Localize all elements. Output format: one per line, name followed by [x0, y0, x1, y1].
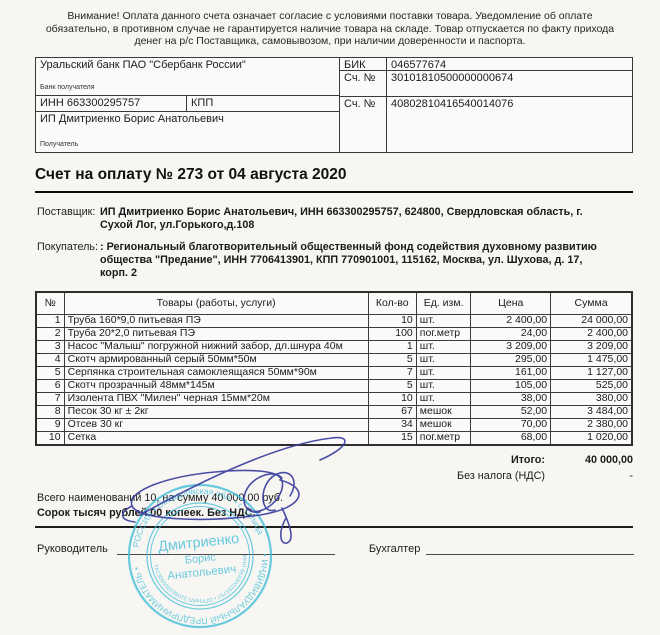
accountant-signature-line [426, 544, 634, 555]
header-price: Цена [471, 292, 551, 315]
tax-label: Без налога (НДС) [457, 470, 545, 482]
payee-caption: Получатель [40, 139, 78, 151]
signature-loop [263, 473, 294, 511]
cell-sum: 1 020,00 [551, 431, 632, 445]
bank-name: Уральский банк ПАО "Сбербанк России" [40, 59, 246, 71]
cell-unit: шт. [416, 353, 471, 366]
cell-unit: шт. [416, 340, 471, 353]
buyer-label: Покупатель: [37, 241, 100, 280]
payee-name: ИП Дмитриенко Борис Анатольевич [40, 113, 224, 125]
cell-qty: 7 [368, 366, 416, 379]
cell-sum: 2 380,00 [551, 418, 632, 431]
cell-price: 105,00 [471, 379, 551, 392]
table-row: 5 Серпянка строительная самоклеящаяся 50… [36, 366, 632, 379]
cell-unit: шт. [416, 314, 471, 327]
bank-requisites-table: Уральский банк ПАО "Сбербанк России" Бан… [35, 57, 633, 153]
tax-value: - [545, 470, 633, 482]
cell-sum: 2 400,00 [551, 327, 632, 340]
table-row: 2 Труба 20*2,0 питьевая ПЭ 100 пог.метр … [36, 327, 632, 340]
title-divider [35, 191, 633, 193]
cell-unit: пог.метр [416, 431, 471, 445]
cell-price: 52,00 [471, 405, 551, 418]
cell-qty: 5 [368, 353, 416, 366]
director-label: Руководитель [37, 543, 108, 555]
supplier-details: ИП Дмитриенко Борис Анатольевич, ИНН 663… [100, 206, 600, 232]
cell-num: 4 [36, 353, 64, 366]
cell-num: 7 [36, 392, 64, 405]
cell-num: 5 [36, 366, 64, 379]
cell-qty: 10 [368, 314, 416, 327]
header-sum: Сумма [551, 292, 632, 315]
cell-num: 9 [36, 418, 64, 431]
signature-flourish [140, 438, 345, 515]
cell-sum: 24 000,00 [551, 314, 632, 327]
signature-descender [281, 508, 291, 543]
cell-name: Серпянка строительная самоклеящаяся 50мм… [64, 366, 368, 379]
bank-table-value-column: 046577674 30101810500000000674 408028104… [386, 58, 632, 152]
table-row: 3 Насос "Малыш" погружной нижний забор, … [36, 340, 632, 353]
cell-unit: шт. [416, 392, 471, 405]
cell-name: Насос "Малыш" погружной нижний забор, дл… [64, 340, 368, 353]
table-row: 8 Песок 30 кг ± 2кг 67 мешок 52,00 3 484… [36, 405, 632, 418]
buyer-row: Покупатель: : Региональный благотворител… [37, 241, 660, 280]
cell-name: Скотч армированный серый 50мм*50м [64, 353, 368, 366]
table-row: 4 Скотч армированный серый 50мм*50м 5 шт… [36, 353, 632, 366]
total-value: 40 000,00 [545, 454, 633, 466]
cell-qty: 1 [368, 340, 416, 353]
cell-num: 6 [36, 379, 64, 392]
inn-kpp-row: ИНН 663300295757 КПП [36, 95, 339, 111]
invoice-scan-page: { "warning": "Внимание! Оплата данного с… [0, 0, 660, 635]
items-table-header: № Товары (работы, услуги) Кол-во Ед. изм… [36, 292, 632, 315]
cell-price: 38,00 [471, 392, 551, 405]
cell-num: 3 [36, 340, 64, 353]
bank-table-left-column: Уральский банк ПАО "Сбербанк России" Бан… [36, 58, 339, 152]
header-num: № [36, 292, 64, 315]
bik-label: БИК [340, 58, 386, 70]
cell-num: 2 [36, 327, 64, 340]
cell-unit: шт. [416, 379, 471, 392]
bik-value: 046577674 [387, 58, 632, 70]
invoice-title: Счет на оплату № 273 от 04 августа 2020 [35, 166, 660, 184]
cell-qty: 100 [368, 327, 416, 340]
cell-sum: 525,00 [551, 379, 632, 392]
supplier-inn: ИНН 663300295757 [36, 96, 186, 111]
cell-unit: шт. [416, 366, 471, 379]
cell-price: 24,00 [471, 327, 551, 340]
cell-sum: 3 484,00 [551, 405, 632, 418]
cell-price: 2 400,00 [471, 314, 551, 327]
cell-unit: пог.метр [416, 327, 471, 340]
cell-name: Труба 160*9,0 питьевая ПЭ [64, 314, 368, 327]
cell-price: 70,00 [471, 418, 551, 431]
cell-sum: 1 127,00 [551, 366, 632, 379]
table-row: 1 Труба 160*9,0 питьевая ПЭ 10 шт. 2 400… [36, 314, 632, 327]
cell-price: 295,00 [471, 353, 551, 366]
cell-name: Изолента ПВХ "Милен" черная 15мм*20м [64, 392, 368, 405]
cell-num: 1 [36, 314, 64, 327]
table-row: 6 Скотч прозрачный 48мм*145м 5 шт. 105,0… [36, 379, 632, 392]
cell-sum: 3 209,00 [551, 340, 632, 353]
corr-account-value: 30101810500000000674 [387, 70, 632, 96]
account-label: Сч. № [340, 96, 386, 152]
account-value: 40802810416540014076 [387, 96, 632, 152]
bank-name-caption: Банк получателя [40, 82, 95, 94]
cell-name: Труба 20*2,0 питьевая ПЭ [64, 327, 368, 340]
cell-name: Песок 30 кг ± 2кг [64, 405, 368, 418]
cell-qty: 5 [368, 379, 416, 392]
cell-price: 3 209,00 [471, 340, 551, 353]
cell-price: 68,00 [471, 431, 551, 445]
header-unit: Ед. изм. [416, 292, 471, 315]
signature-loop [131, 470, 298, 519]
svg-text:• ИНДИВИДУАЛЬНЫЙ ПРЕДПРИНИМАТЕ: • ИНДИВИДУАЛЬНЫЙ ПРЕДПРИНИМАТЕЛЬ • [131, 553, 277, 634]
table-row: 7 Изолента ПВХ "Милен" черная 15мм*20м 1… [36, 392, 632, 405]
payment-warning-text: Внимание! Оплата данного счета означает … [36, 0, 624, 48]
header-name: Товары (работы, услуги) [64, 292, 368, 315]
cell-unit: мешок [416, 405, 471, 418]
corr-account-label: Сч. № [340, 70, 386, 96]
total-label: Итого: [511, 454, 545, 466]
cell-sum: 380,00 [551, 392, 632, 405]
cell-unit: мешок [416, 418, 471, 431]
buyer-details: : Региональный благотворительный обществ… [100, 241, 600, 280]
bank-table-label-column: БИК Сч. № Сч. № [339, 58, 386, 152]
director-signature-ink [110, 420, 380, 560]
cell-name: Скотч прозрачный 48мм*145м [64, 379, 368, 392]
cell-price: 161,00 [471, 366, 551, 379]
cell-qty: 67 [368, 405, 416, 418]
cell-num: 10 [36, 431, 64, 445]
kpp-label: КПП [186, 96, 339, 111]
bank-name-cell: Уральский банк ПАО "Сбербанк России" Бан… [36, 58, 339, 95]
stamp-entity-type-text: • ИНДИВИДУАЛЬНЫЙ ПРЕДПРИНИМАТЕЛЬ • [131, 553, 277, 634]
payee-cell: ИП Дмитриенко Борис Анатольевич Получате… [36, 111, 339, 152]
cell-sum: 1 475,00 [551, 353, 632, 366]
supplier-row: Поставщик: ИП Дмитриенко Борис Анатольев… [37, 206, 660, 232]
supplier-label: Поставщик: [37, 206, 100, 232]
header-qty: Кол-во [368, 292, 416, 315]
stamp-patronymic: Анатольевич [167, 563, 237, 582]
cell-num: 8 [36, 405, 64, 418]
cell-qty: 10 [368, 392, 416, 405]
